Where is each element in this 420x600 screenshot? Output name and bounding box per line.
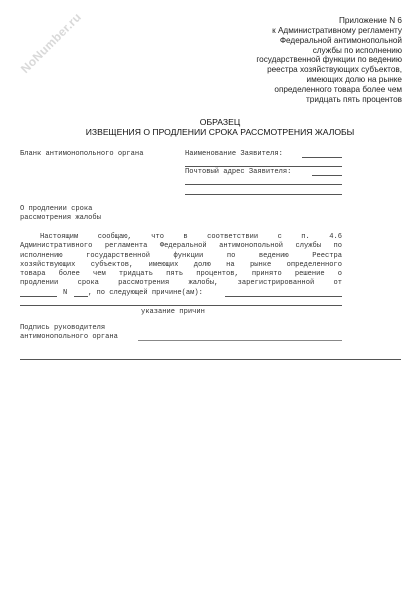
body-line: Настоящим сообщаю, что в соответствии с …	[20, 233, 342, 242]
reason-field[interactable]	[225, 296, 342, 297]
appendix-line: Приложение N 6	[212, 16, 402, 26]
body-line: продлении срока рассмотрения жалобы, зар…	[20, 279, 342, 288]
watermark: NoNumber.ru	[0, 0, 102, 94]
reason-field-line-2[interactable]	[20, 305, 342, 306]
applicant-address-field-line-2[interactable]	[185, 184, 342, 185]
appendix-line: определенного товара более чем	[212, 85, 402, 95]
appendix-line: к Административному регламенту	[212, 26, 402, 36]
subject-line-1: О продлении срока	[20, 205, 92, 213]
appendix-line: службы по исполнению	[212, 46, 402, 56]
reason-label: , по следующей причине(ам):	[88, 289, 203, 297]
title-line-1: ОБРАЗЕЦ	[20, 117, 420, 127]
signature-line-2: антимонопольного органа	[20, 333, 118, 341]
signature-line-1: Подпись руководителя	[20, 324, 105, 332]
bottom-divider	[20, 359, 401, 360]
applicant-address-field[interactable]	[312, 175, 342, 176]
title-line-2: ИЗВЕЩЕНИЯ О ПРОДЛЕНИИ СРОКА РАССМОТРЕНИЯ…	[20, 127, 420, 137]
appendix-line: тридцать пять процентов	[212, 95, 402, 105]
appendix-line: государственной функции по ведению	[212, 55, 402, 65]
applicant-name-field[interactable]	[302, 157, 342, 158]
letterhead-label: Бланк антимонопольного органа	[20, 150, 143, 158]
body-paragraph: Настоящим сообщаю, что в соответствии с …	[20, 233, 342, 289]
subject-line-2: рассмотрения жалобы	[20, 214, 101, 222]
appendix-line: Федеральной антимонопольной	[212, 36, 402, 46]
applicant-name-field-line-2[interactable]	[185, 166, 342, 167]
appendix-line: реестра хозяйствующих субъектов,	[212, 65, 402, 75]
document-page: NoNumber.ru Приложение N 6 к Администрат…	[0, 0, 420, 600]
body-line: исполнению государственной функции по ве…	[20, 252, 342, 261]
registration-date-field[interactable]	[20, 296, 57, 297]
appendix-line: имеющих долю на рынке	[212, 75, 402, 85]
registration-number-field[interactable]	[74, 296, 88, 297]
applicant-address-label: Почтовый адрес Заявителя:	[185, 168, 291, 176]
reason-caption: указание причин	[141, 308, 205, 316]
applicant-name-label: Наименование Заявителя:	[185, 150, 283, 158]
appendix-header: Приложение N 6 к Административному регла…	[212, 16, 402, 105]
number-label: N	[63, 289, 67, 297]
signature-field[interactable]	[138, 340, 342, 341]
body-line: хозяйствующих субъектов, имеющих долю на…	[20, 261, 342, 270]
document-title: ОБРАЗЕЦ ИЗВЕЩЕНИЯ О ПРОДЛЕНИИ СРОКА РАСС…	[20, 117, 420, 137]
applicant-address-field-line-3[interactable]	[185, 194, 342, 195]
body-line: Административного регламента Федеральной…	[20, 242, 342, 251]
